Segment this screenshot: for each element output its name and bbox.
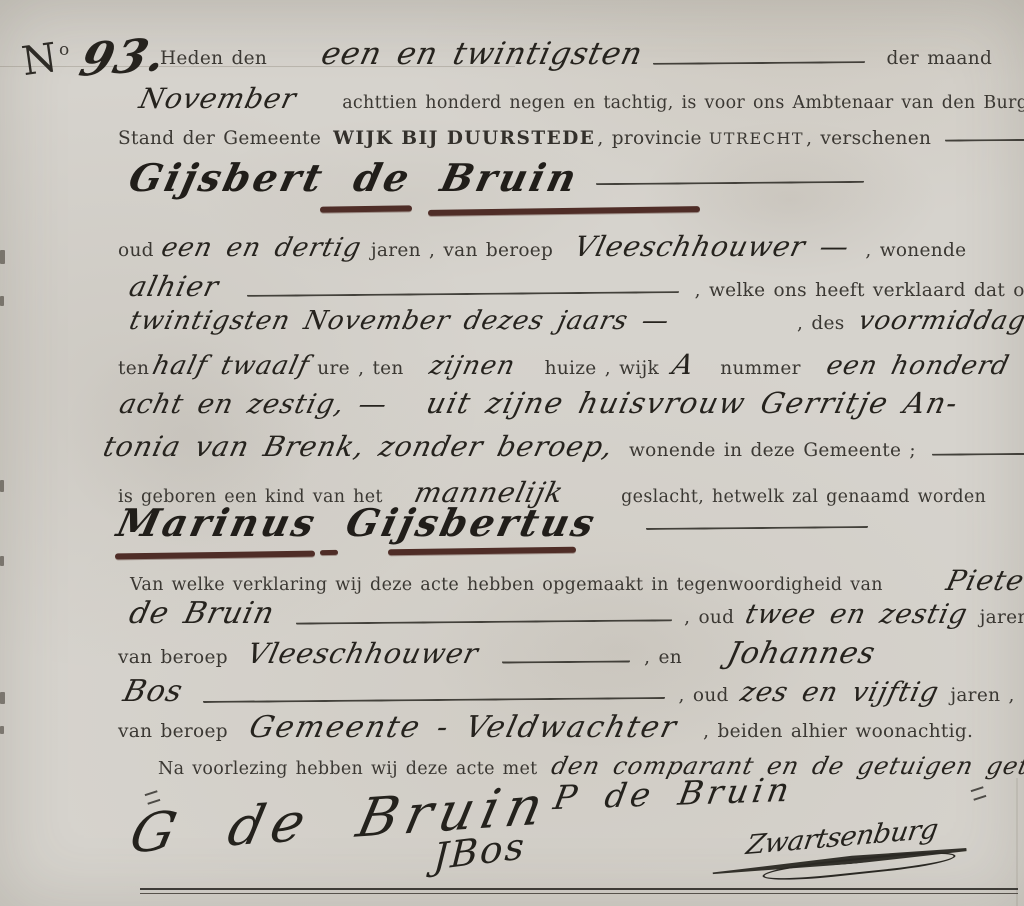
handwritten-day: een en twintigsten [318,36,647,72]
printed-text: , beiden alhier woonachtig. [703,721,973,742]
pen-mark [971,786,987,800]
child-name-underline [388,547,576,556]
fill-line [932,451,1024,456]
printed-text: der maand [887,48,993,69]
handwritten-house-number: een honderd [823,351,1012,381]
handwritten-declarant-name: Gijsbert de Bruin [125,155,584,200]
line-time-house: ten half twaalf ure , ten zijnen huize ,… [118,348,1009,381]
name-underline [320,205,412,212]
act-number-prefix: N [19,35,60,85]
handwritten-time: half twaalf [150,351,313,381]
fill-line [945,137,1024,141]
printed-text: ten [118,358,149,379]
line-declarant-name: Gijsbert de Bruin [130,155,864,200]
act-number-block: N o 93. [22,30,165,84]
handwritten-witness2-first: Johannes [724,636,879,671]
printed-text: , en [644,647,682,668]
printed-text: jaren , [980,607,1024,628]
page-edge-line [1016,778,1018,906]
child-name-underline [320,550,338,555]
province-name: UTRECHT [709,129,804,148]
printed-text: Na voorlezing hebben wij deze acte met [158,759,538,779]
fill-line [203,696,665,703]
printed-text: Stand der Gemeente [118,128,321,149]
handwritten-witness2-age: zes en vijftig [737,677,942,708]
handwritten-mother-intro: uit zijne huisvrouw Gerritje An- [423,386,962,420]
handwritten-district: A [669,348,698,381]
birth-certificate-scan: N o 93. Heden den een en twintigsten der… [0,0,1024,906]
handwritten-daypart: voormiddags [855,306,1024,336]
line-witness1-surname: de Bruin , oud twee en zestig jaren , [130,596,1024,631]
ink-bleed-mark [0,556,4,566]
handwritten-witness1-first: Pieter [943,564,1024,597]
fill-line [296,618,672,624]
name-underline [428,206,700,216]
line-witnesses-intro: Van welke verklaring wij deze acte hebbe… [130,564,1024,597]
ink-bleed-mark [0,296,4,306]
line-house-number-mother: acht en zestig, — uit zijne huisvrouw Ge… [120,386,958,420]
handwritten-witness1-surname: de Bruin [126,596,278,631]
printed-text: wonende in deze Gemeente ; [629,440,916,461]
handwritten-whose-house: zijnen [426,351,518,381]
ink-bleed-mark [0,250,5,264]
printed-text: , verschenen [806,128,931,149]
printed-text: , des [797,313,845,334]
handwritten-witness2-profession: Gemeente - Veldwachter [246,710,681,745]
printed-text: achttien honderd negen en tachtig, is vo… [342,93,1024,113]
handwritten-mother-name: tonia van Brenk, zonder beroep, [100,430,617,463]
line-residence: alhier , welke ons heeft verklaard dat o… [130,270,1024,303]
fill-line [653,60,865,65]
printed-text: nummer [720,358,801,379]
act-number-value: 93. [74,27,172,87]
line-mother-name: tonia van Brenk, zonder beroep, wonende … [104,430,1024,463]
handwritten-age: een en dertig [158,233,364,263]
line-witness2-profession: van beroep Gemeente - Veldwachter , beid… [118,710,973,745]
handwritten-child-name: Marinus Gijsbertus [113,500,602,545]
handwritten-witness1-age: twee en zestig [743,599,971,630]
line-closing: Na voorlezing hebben wij deze acte met d… [158,752,1024,780]
handwritten-house-number-2: acht en zestig, — [116,389,390,420]
ink-bleed-mark [0,480,4,492]
printed-text: , oud [679,685,729,706]
printed-text: Heden den [160,48,267,69]
fill-line [646,525,868,530]
fill-line [502,659,630,663]
signature-comparant: P de Bruin [551,770,796,817]
printed-text: oud [118,240,154,261]
handwritten-witness1-profession: Vleeschhouwer [244,637,482,670]
act-number-sup: o [59,40,70,60]
printed-text: , welke ons heeft verklaard dat op den [695,280,1024,301]
printed-text: , wonende [865,240,966,261]
line-month-year: November achttien honderd negen en tacht… [140,82,1024,115]
handwritten-birth-date: twintigsten November dezes jaars — [127,306,673,336]
line-witness1-profession: van beroep Vleeschhouwer , en Johannes [118,636,875,671]
printed-text: jaren , van beroep [371,240,553,261]
printed-text: ure , ten [317,358,403,379]
line-birth-date: twintigsten November dezes jaars — , des… [130,306,1024,336]
line-municipality: Stand der Gemeente WIJK BIJ DUURSTEDE , … [118,128,1024,149]
fill-line [596,180,864,185]
printed-text: huize , wijk [545,358,659,379]
line-witness2-surname: Bos , oud zes en vijftig jaren , [124,674,1015,709]
ink-bleed-mark [0,726,4,734]
printed-text: van beroep [118,647,228,668]
line-age-profession: oud een en dertig jaren , van beroep Vle… [118,230,966,263]
bottom-divider-rule [140,888,1018,894]
fill-line [247,290,679,297]
printed-text: jaren , [950,685,1014,706]
municipality-name: WIJK BIJ DUURSTEDE [333,128,595,149]
line-date-day: Heden den een en twintigsten der maand [160,36,992,72]
handwritten-month: November [136,82,300,115]
handwritten-residence: alhier [126,270,222,303]
printed-text: van beroep [118,721,228,742]
printed-text: Van welke verklaring wij deze acte hebbe… [130,575,883,595]
printed-text: , oud [684,607,734,628]
printed-text: , provincie [597,128,701,149]
line-child-name: Marinus Gijsbertus [118,500,868,545]
ink-bleed-mark [0,692,5,704]
child-name-underline [115,551,315,560]
handwritten-profession: Vleeschhouwer — [571,230,853,263]
handwritten-witness2-surname: Bos [120,674,187,709]
